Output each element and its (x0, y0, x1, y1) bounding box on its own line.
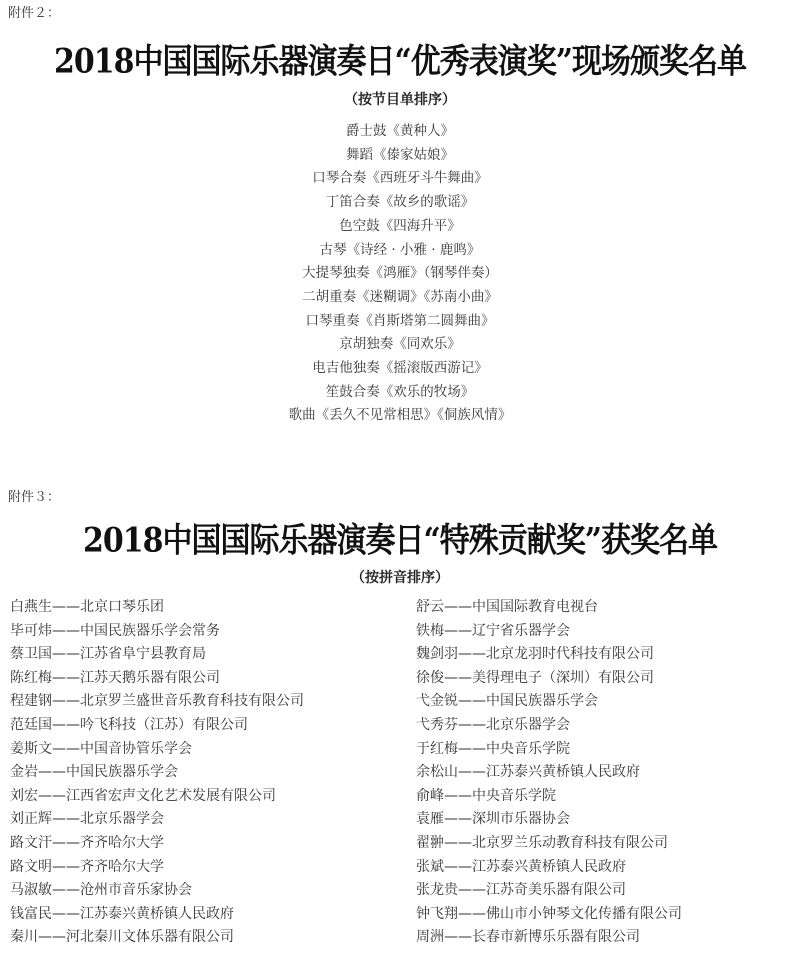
awardee-item: 陈红梅——江苏天鹅乐器有限公司 (10, 667, 304, 691)
attachment-2-title: 2018中国国际乐器演奏日“优秀表演奖”现场颁奖名单 (0, 33, 800, 82)
awardee-item: 路文明——齐齐哈尔大学 (10, 856, 304, 880)
awardee-item: 秦川——河北秦川文体乐器有限公司 (10, 926, 304, 950)
awardee-item: 俞峰——中央音乐学院 (416, 785, 682, 809)
program-item: 古琴《诗经 · 小雅 · 鹿鸣》 (0, 239, 800, 263)
awardee-item: 徐俊——美得理电子（深圳）有限公司 (416, 667, 682, 691)
attachment-2-label: 附件２： (8, 2, 60, 21)
awardee-item: 马淑敏——沧州市音乐家协会 (10, 879, 304, 903)
program-item: 舞蹈《傣家姑娘》 (0, 144, 800, 168)
program-item: 京胡独奏《同欢乐》 (0, 333, 800, 357)
program-list: 爵士鼓《黄种人》 舞蹈《傣家姑娘》 口琴合奏《西班牙斗牛舞曲》 丁笛合奏《故乡的… (0, 120, 800, 428)
awardee-item: 于红梅——中央音乐学院 (416, 738, 682, 762)
awardee-list-right: 舒云——中国国际教育电视台 铁梅——辽宁省乐器学会 魏剑羽——北京龙羽时代科技有… (416, 596, 682, 950)
program-item: 口琴重奏《肖斯塔第二圆舞曲》 (0, 310, 800, 334)
program-item: 二胡重奏《迷糊调》《苏南小曲》 (0, 286, 800, 310)
awardee-list-left: 白燕生——北京口琴乐团 毕可炜——中国民族器乐学会常务 蔡卫国——江苏省阜宁县教… (10, 596, 304, 950)
awardee-item: 钟飞翔——佛山市小钟琴文化传播有限公司 (416, 903, 682, 927)
awardee-item: 舒云——中国国际教育电视台 (416, 596, 682, 620)
awardee-item: 程建钢——北京罗兰盛世音乐教育科技有限公司 (10, 690, 304, 714)
awardee-item: 范廷国——吟飞科技（江苏）有限公司 (10, 714, 304, 738)
program-item: 爵士鼓《黄种人》 (0, 120, 800, 144)
attachment-2-subtitle: （按节目单排序） (0, 89, 800, 109)
attachment-3-label: 附件３： (8, 486, 60, 505)
awardee-item: 路文汗——齐齐哈尔大学 (10, 832, 304, 856)
program-item: 丁笛合奏《故乡的歌谣》 (0, 191, 800, 215)
awardee-item: 刘正辉——北京乐器学会 (10, 808, 304, 832)
awardee-item: 周洲——长春市新博乐乐器有限公司 (416, 926, 682, 950)
awardee-item: 魏剑羽——北京龙羽时代科技有限公司 (416, 643, 682, 667)
awardee-item: 张龙贵——江苏奇美乐器有限公司 (416, 879, 682, 903)
attachment-3-title: 2018中国国际乐器演奏日“特殊贡献奖”获奖名单 (0, 512, 800, 561)
awardee-item: 姜斯文——中国音协管乐学会 (10, 738, 304, 762)
awardee-item: 毕可炜——中国民族器乐学会常务 (10, 620, 304, 644)
awardee-item: 蔡卫国——江苏省阜宁县教育局 (10, 643, 304, 667)
program-item: 大提琴独奏《鸿雁》（钢琴伴奏） (0, 262, 800, 286)
program-item: 歌曲《丢久不见常相思》《侗族风情》 (0, 404, 800, 428)
attachment-3-subtitle: （按拼音排序） (0, 567, 800, 587)
program-item: 色空鼓《四海升平》 (0, 215, 800, 239)
awardee-item: 刘宏——江西省宏声文化艺术发展有限公司 (10, 785, 304, 809)
awardee-item: 余松山——江苏泰兴黄桥镇人民政府 (416, 761, 682, 785)
awardee-item: 钱富民——江苏泰兴黄桥镇人民政府 (10, 903, 304, 927)
awardee-item: 铁梅——辽宁省乐器学会 (416, 620, 682, 644)
program-item: 口琴合奏《西班牙斗牛舞曲》 (0, 167, 800, 191)
awardee-item: 袁雁——深圳市乐器协会 (416, 808, 682, 832)
awardee-item: 弋金锐——中国民族器乐学会 (416, 690, 682, 714)
program-item: 电吉他独奏《摇滚版西游记》 (0, 357, 800, 381)
awardee-item: 白燕生——北京口琴乐团 (10, 596, 304, 620)
awardee-item: 翟翀——北京罗兰乐动教育科技有限公司 (416, 832, 682, 856)
awardee-item: 张斌——江苏泰兴黄桥镇人民政府 (416, 856, 682, 880)
awardee-item: 弋秀芬——北京乐器学会 (416, 714, 682, 738)
awardee-item: 金岩——中国民族器乐学会 (10, 761, 304, 785)
program-item: 笙鼓合奏《欢乐的牧场》 (0, 381, 800, 405)
